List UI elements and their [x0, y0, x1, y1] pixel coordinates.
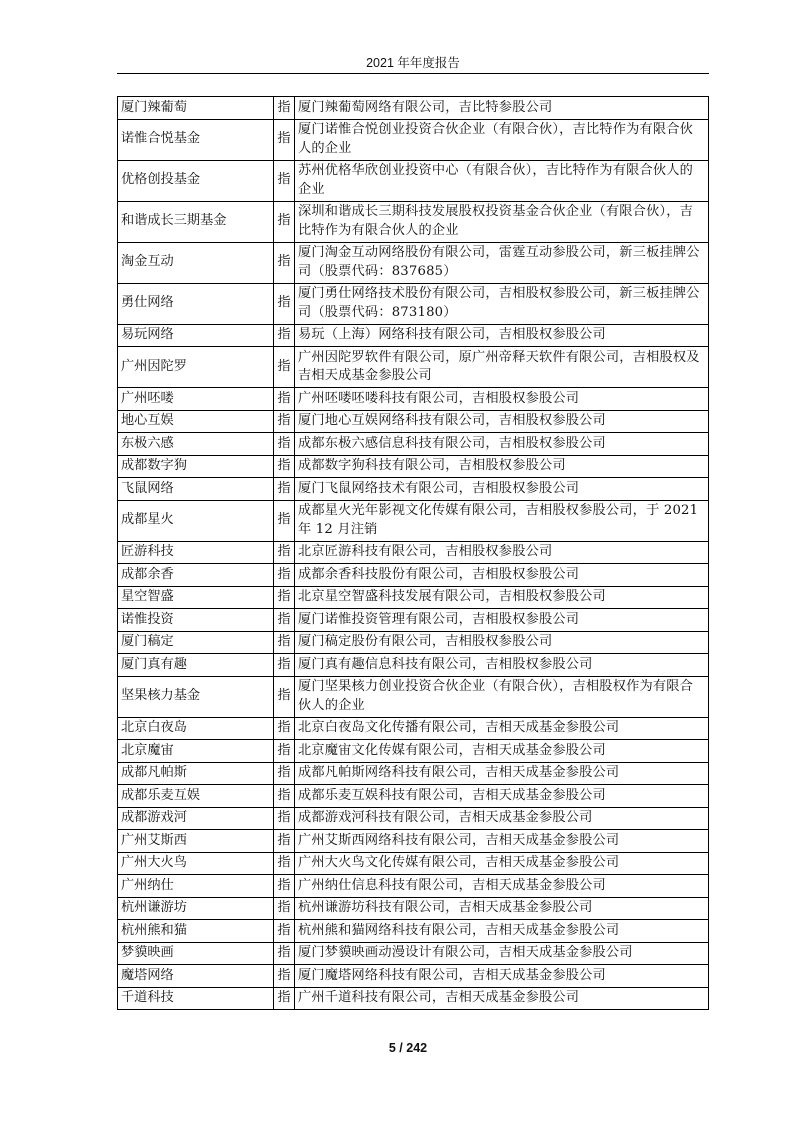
description-cell: 杭州熊和猫网络科技有限公司，吉相天成基金参股公司 [295, 920, 709, 943]
description-cell: 成都数字狗科技有限公司，吉相股权参股公司 [295, 455, 709, 478]
term-cell: 星空智盛 [118, 586, 274, 609]
term-cell: 匠游科技 [118, 541, 274, 564]
description-cell: 广州千道科技有限公司，吉相天成基金参股公司 [295, 987, 709, 1010]
description-cell: 成都余香科技股份有限公司，吉相股权参股公司 [295, 564, 709, 587]
refers-to-cell: 指 [274, 830, 295, 853]
refers-to-cell: 指 [274, 541, 295, 564]
description-cell: 成都星火光年影视文化传媒有限公司，吉相股权参股公司，于 2021 年 12 月注… [295, 500, 709, 541]
description-cell: 厦门魔塔网络科技有限公司，吉相天成基金参股公司 [295, 965, 709, 988]
description-cell: 成都游戏河科技有限公司，吉相天成基金参股公司 [295, 807, 709, 830]
definition-row: 成都乐麦互娱指成都乐麦互娱科技有限公司，吉相天成基金参股公司 [118, 785, 709, 808]
refers-to-cell: 指 [274, 410, 295, 433]
term-cell: 广州大火鸟 [118, 852, 274, 875]
definition-row: 杭州熊和猫指杭州熊和猫网络科技有限公司，吉相天成基金参股公司 [118, 920, 709, 943]
definition-row: 星空智盛指北京星空智盛科技发展有限公司，吉相股权参股公司 [118, 586, 709, 609]
description-cell: 北京魔宙文化传媒有限公司，吉相天成基金参股公司 [295, 740, 709, 763]
description-cell: 厦门辣葡萄网络有限公司，吉比特参股公司 [295, 97, 709, 120]
refers-to-cell: 指 [274, 920, 295, 943]
description-cell: 厦门诺惟投资管理有限公司，吉相股权参股公司 [295, 609, 709, 632]
description-cell: 厦门梦貘映画动漫设计有限公司，吉相天成基金参股公司 [295, 942, 709, 965]
term-cell: 广州因陀罗 [118, 347, 274, 388]
definition-row: 成都凡帕斯指成都凡帕斯网络科技有限公司，吉相天成基金参股公司 [118, 762, 709, 785]
description-cell: 成都乐麦互娱科技有限公司，吉相天成基金参股公司 [295, 785, 709, 808]
description-cell: 杭州谦游坊科技有限公司，吉相天成基金参股公司 [295, 897, 709, 920]
term-cell: 成都星火 [118, 500, 274, 541]
term-cell: 广州呸喽 [118, 388, 274, 411]
definition-row: 勇仕网络指厦门勇仕网络技术股份有限公司，吉相股权参股公司，新三板挂牌公司（股票代… [118, 283, 709, 324]
definition-row: 匠游科技指北京匠游科技有限公司，吉相股权参股公司 [118, 541, 709, 564]
term-cell: 成都凡帕斯 [118, 762, 274, 785]
definition-row: 魔塔网络指厦门魔塔网络科技有限公司，吉相天成基金参股公司 [118, 965, 709, 988]
description-cell: 厦门飞鼠网络技术有限公司，吉相股权参股公司 [295, 478, 709, 501]
definition-row: 淘金互动指厦门淘金互动网络股份有限公司，雷霆互动参股公司，新三板挂牌公司（股票代… [118, 242, 709, 283]
refers-to-cell: 指 [274, 324, 295, 347]
definition-row: 易玩网络指易玩（上海）网络科技有限公司，吉相股权参股公司 [118, 324, 709, 347]
term-cell: 北京白夜岛 [118, 717, 274, 740]
term-cell: 优格创投基金 [118, 160, 274, 201]
term-cell: 东极六感 [118, 433, 274, 456]
term-cell: 厦门辣葡萄 [118, 97, 274, 120]
term-cell: 厦门稿定 [118, 631, 274, 654]
definition-row: 厦门辣葡萄指厦门辣葡萄网络有限公司，吉比特参股公司 [118, 97, 709, 120]
term-cell: 成都数字狗 [118, 455, 274, 478]
refers-to-cell: 指 [274, 347, 295, 388]
term-cell: 坚果核力基金 [118, 676, 274, 717]
definition-row: 广州纳仕指广州纳仕信息科技有限公司，吉相天成基金参股公司 [118, 875, 709, 898]
description-cell: 苏州优格华欣创业投资中心（有限合伙），吉比特作为有限合伙人的企业 [295, 160, 709, 201]
refers-to-cell: 指 [274, 852, 295, 875]
refers-to-cell: 指 [274, 897, 295, 920]
term-cell: 梦貘映画 [118, 942, 274, 965]
term-cell: 千道科技 [118, 987, 274, 1010]
page-number: 5 / 242 [0, 1041, 794, 1055]
definition-row: 广州艾斯西指广州艾斯西网络科技有限公司，吉相天成基金参股公司 [118, 830, 709, 853]
term-cell: 淘金互动 [118, 242, 274, 283]
refers-to-cell: 指 [274, 586, 295, 609]
definition-row: 坚果核力基金指厦门坚果核力创业投资合伙企业（有限合伙），吉相股权作为有限合伙人的… [118, 676, 709, 717]
description-cell: 厦门勇仕网络技术股份有限公司，吉相股权参股公司，新三板挂牌公司（股票代码：873… [295, 283, 709, 324]
refers-to-cell: 指 [274, 875, 295, 898]
term-cell: 诺惟投资 [118, 609, 274, 632]
description-cell: 厦门真有趣信息科技有限公司，吉相股权参股公司 [295, 654, 709, 677]
term-cell: 广州纳仕 [118, 875, 274, 898]
refers-to-cell: 指 [274, 762, 295, 785]
refers-to-cell: 指 [274, 433, 295, 456]
refers-to-cell: 指 [274, 654, 295, 677]
description-cell: 北京白夜岛文化传播有限公司，吉相天成基金参股公司 [295, 717, 709, 740]
refers-to-cell: 指 [274, 785, 295, 808]
description-cell: 厦门淘金互动网络股份有限公司，雷霆互动参股公司，新三板挂牌公司（股票代码：837… [295, 242, 709, 283]
description-cell: 广州因陀罗软件有限公司，原广州帝释天软件有限公司，吉相股权及吉相天成基金参股公司 [295, 347, 709, 388]
description-cell: 易玩（上海）网络科技有限公司，吉相股权参股公司 [295, 324, 709, 347]
refers-to-cell: 指 [274, 455, 295, 478]
definition-row: 成都星火指成都星火光年影视文化传媒有限公司，吉相股权参股公司，于 2021 年 … [118, 500, 709, 541]
definitions-table-body: 厦门辣葡萄指厦门辣葡萄网络有限公司，吉比特参股公司诺惟合悦基金指厦门诺惟合悦创业… [118, 97, 709, 1010]
description-cell: 厦门坚果核力创业投资合伙企业（有限合伙），吉相股权作为有限合伙人的企业 [295, 676, 709, 717]
description-cell: 厦门稿定股份有限公司，吉相股权参股公司 [295, 631, 709, 654]
refers-to-cell: 指 [274, 740, 295, 763]
refers-to-cell: 指 [274, 283, 295, 324]
term-cell: 诺惟合悦基金 [118, 119, 274, 160]
term-cell: 魔塔网络 [118, 965, 274, 988]
refers-to-cell: 指 [274, 500, 295, 541]
term-cell: 厦门真有趣 [118, 654, 274, 677]
refers-to-cell: 指 [274, 478, 295, 501]
description-cell: 成都凡帕斯网络科技有限公司，吉相天成基金参股公司 [295, 762, 709, 785]
term-cell: 广州艾斯西 [118, 830, 274, 853]
refers-to-cell: 指 [274, 631, 295, 654]
term-cell: 成都乐麦互娱 [118, 785, 274, 808]
definition-row: 和谐成长三期基金指深圳和谐成长三期科技发展股权投资基金合伙企业（有限合伙），吉比… [118, 201, 709, 242]
definition-row: 厦门真有趣指厦门真有趣信息科技有限公司，吉相股权参股公司 [118, 654, 709, 677]
term-cell: 成都余香 [118, 564, 274, 587]
definition-row: 优格创投基金指苏州优格华欣创业投资中心（有限合伙），吉比特作为有限合伙人的企业 [118, 160, 709, 201]
definition-row: 诺惟合悦基金指厦门诺惟合悦创业投资合伙企业（有限合伙），吉比特作为有限合伙人的企… [118, 119, 709, 160]
definition-row: 北京白夜岛指北京白夜岛文化传播有限公司，吉相天成基金参股公司 [118, 717, 709, 740]
term-cell: 北京魔宙 [118, 740, 274, 763]
header-divider [117, 73, 709, 74]
refers-to-cell: 指 [274, 676, 295, 717]
definition-row: 厦门稿定指厦门稿定股份有限公司，吉相股权参股公司 [118, 631, 709, 654]
definition-row: 梦貘映画指厦门梦貘映画动漫设计有限公司，吉相天成基金参股公司 [118, 942, 709, 965]
term-cell: 和谐成长三期基金 [118, 201, 274, 242]
term-cell: 勇仕网络 [118, 283, 274, 324]
term-cell: 易玩网络 [118, 324, 274, 347]
refers-to-cell: 指 [274, 717, 295, 740]
description-cell: 广州大火鸟文化传媒有限公司，吉相天成基金参股公司 [295, 852, 709, 875]
description-cell: 北京星空智盛科技发展有限公司，吉相股权参股公司 [295, 586, 709, 609]
term-cell: 地心互娱 [118, 410, 274, 433]
report-header-title: 2021 年年度报告 [0, 53, 794, 71]
definitions-table: 厦门辣葡萄指厦门辣葡萄网络有限公司，吉比特参股公司诺惟合悦基金指厦门诺惟合悦创业… [117, 96, 709, 1010]
refers-to-cell: 指 [274, 201, 295, 242]
description-cell: 广州纳仕信息科技有限公司，吉相天成基金参股公司 [295, 875, 709, 898]
term-cell: 杭州谦游坊 [118, 897, 274, 920]
term-cell: 成都游戏河 [118, 807, 274, 830]
description-cell: 广州艾斯西网络科技有限公司，吉相天成基金参股公司 [295, 830, 709, 853]
refers-to-cell: 指 [274, 564, 295, 587]
definition-row: 成都余香指成都余香科技股份有限公司，吉相股权参股公司 [118, 564, 709, 587]
description-cell: 厦门地心互娱网络科技有限公司，吉相股权参股公司 [295, 410, 709, 433]
refers-to-cell: 指 [274, 987, 295, 1010]
refers-to-cell: 指 [274, 609, 295, 632]
refers-to-cell: 指 [274, 97, 295, 120]
definition-row: 诺惟投资指厦门诺惟投资管理有限公司，吉相股权参股公司 [118, 609, 709, 632]
definition-row: 成都数字狗指成都数字狗科技有限公司，吉相股权参股公司 [118, 455, 709, 478]
refers-to-cell: 指 [274, 119, 295, 160]
refers-to-cell: 指 [274, 942, 295, 965]
definition-row: 广州呸喽指广州呸喽呸喽科技有限公司，吉相股权参股公司 [118, 388, 709, 411]
definition-row: 飞鼠网络指厦门飞鼠网络技术有限公司，吉相股权参股公司 [118, 478, 709, 501]
refers-to-cell: 指 [274, 388, 295, 411]
description-cell: 广州呸喽呸喽科技有限公司，吉相股权参股公司 [295, 388, 709, 411]
refers-to-cell: 指 [274, 965, 295, 988]
term-cell: 飞鼠网络 [118, 478, 274, 501]
definition-row: 北京魔宙指北京魔宙文化传媒有限公司，吉相天成基金参股公司 [118, 740, 709, 763]
definition-row: 广州大火鸟指广州大火鸟文化传媒有限公司，吉相天成基金参股公司 [118, 852, 709, 875]
definition-row: 广州因陀罗指广州因陀罗软件有限公司，原广州帝释天软件有限公司，吉相股权及吉相天成… [118, 347, 709, 388]
refers-to-cell: 指 [274, 160, 295, 201]
refers-to-cell: 指 [274, 242, 295, 283]
term-cell: 杭州熊和猫 [118, 920, 274, 943]
definition-row: 千道科技指广州千道科技有限公司，吉相天成基金参股公司 [118, 987, 709, 1010]
definition-row: 成都游戏河指成都游戏河科技有限公司，吉相天成基金参股公司 [118, 807, 709, 830]
description-cell: 成都东极六感信息科技有限公司，吉相股权参股公司 [295, 433, 709, 456]
definition-row: 地心互娱指厦门地心互娱网络科技有限公司，吉相股权参股公司 [118, 410, 709, 433]
description-cell: 深圳和谐成长三期科技发展股权投资基金合伙企业（有限合伙），吉比特作为有限合伙人的… [295, 201, 709, 242]
description-cell: 厦门诺惟合悦创业投资合伙企业（有限合伙），吉比特作为有限合伙人的企业 [295, 119, 709, 160]
description-cell: 北京匠游科技有限公司，吉相股权参股公司 [295, 541, 709, 564]
definition-row: 东极六感指成都东极六感信息科技有限公司，吉相股权参股公司 [118, 433, 709, 456]
definition-row: 杭州谦游坊指杭州谦游坊科技有限公司，吉相天成基金参股公司 [118, 897, 709, 920]
refers-to-cell: 指 [274, 807, 295, 830]
